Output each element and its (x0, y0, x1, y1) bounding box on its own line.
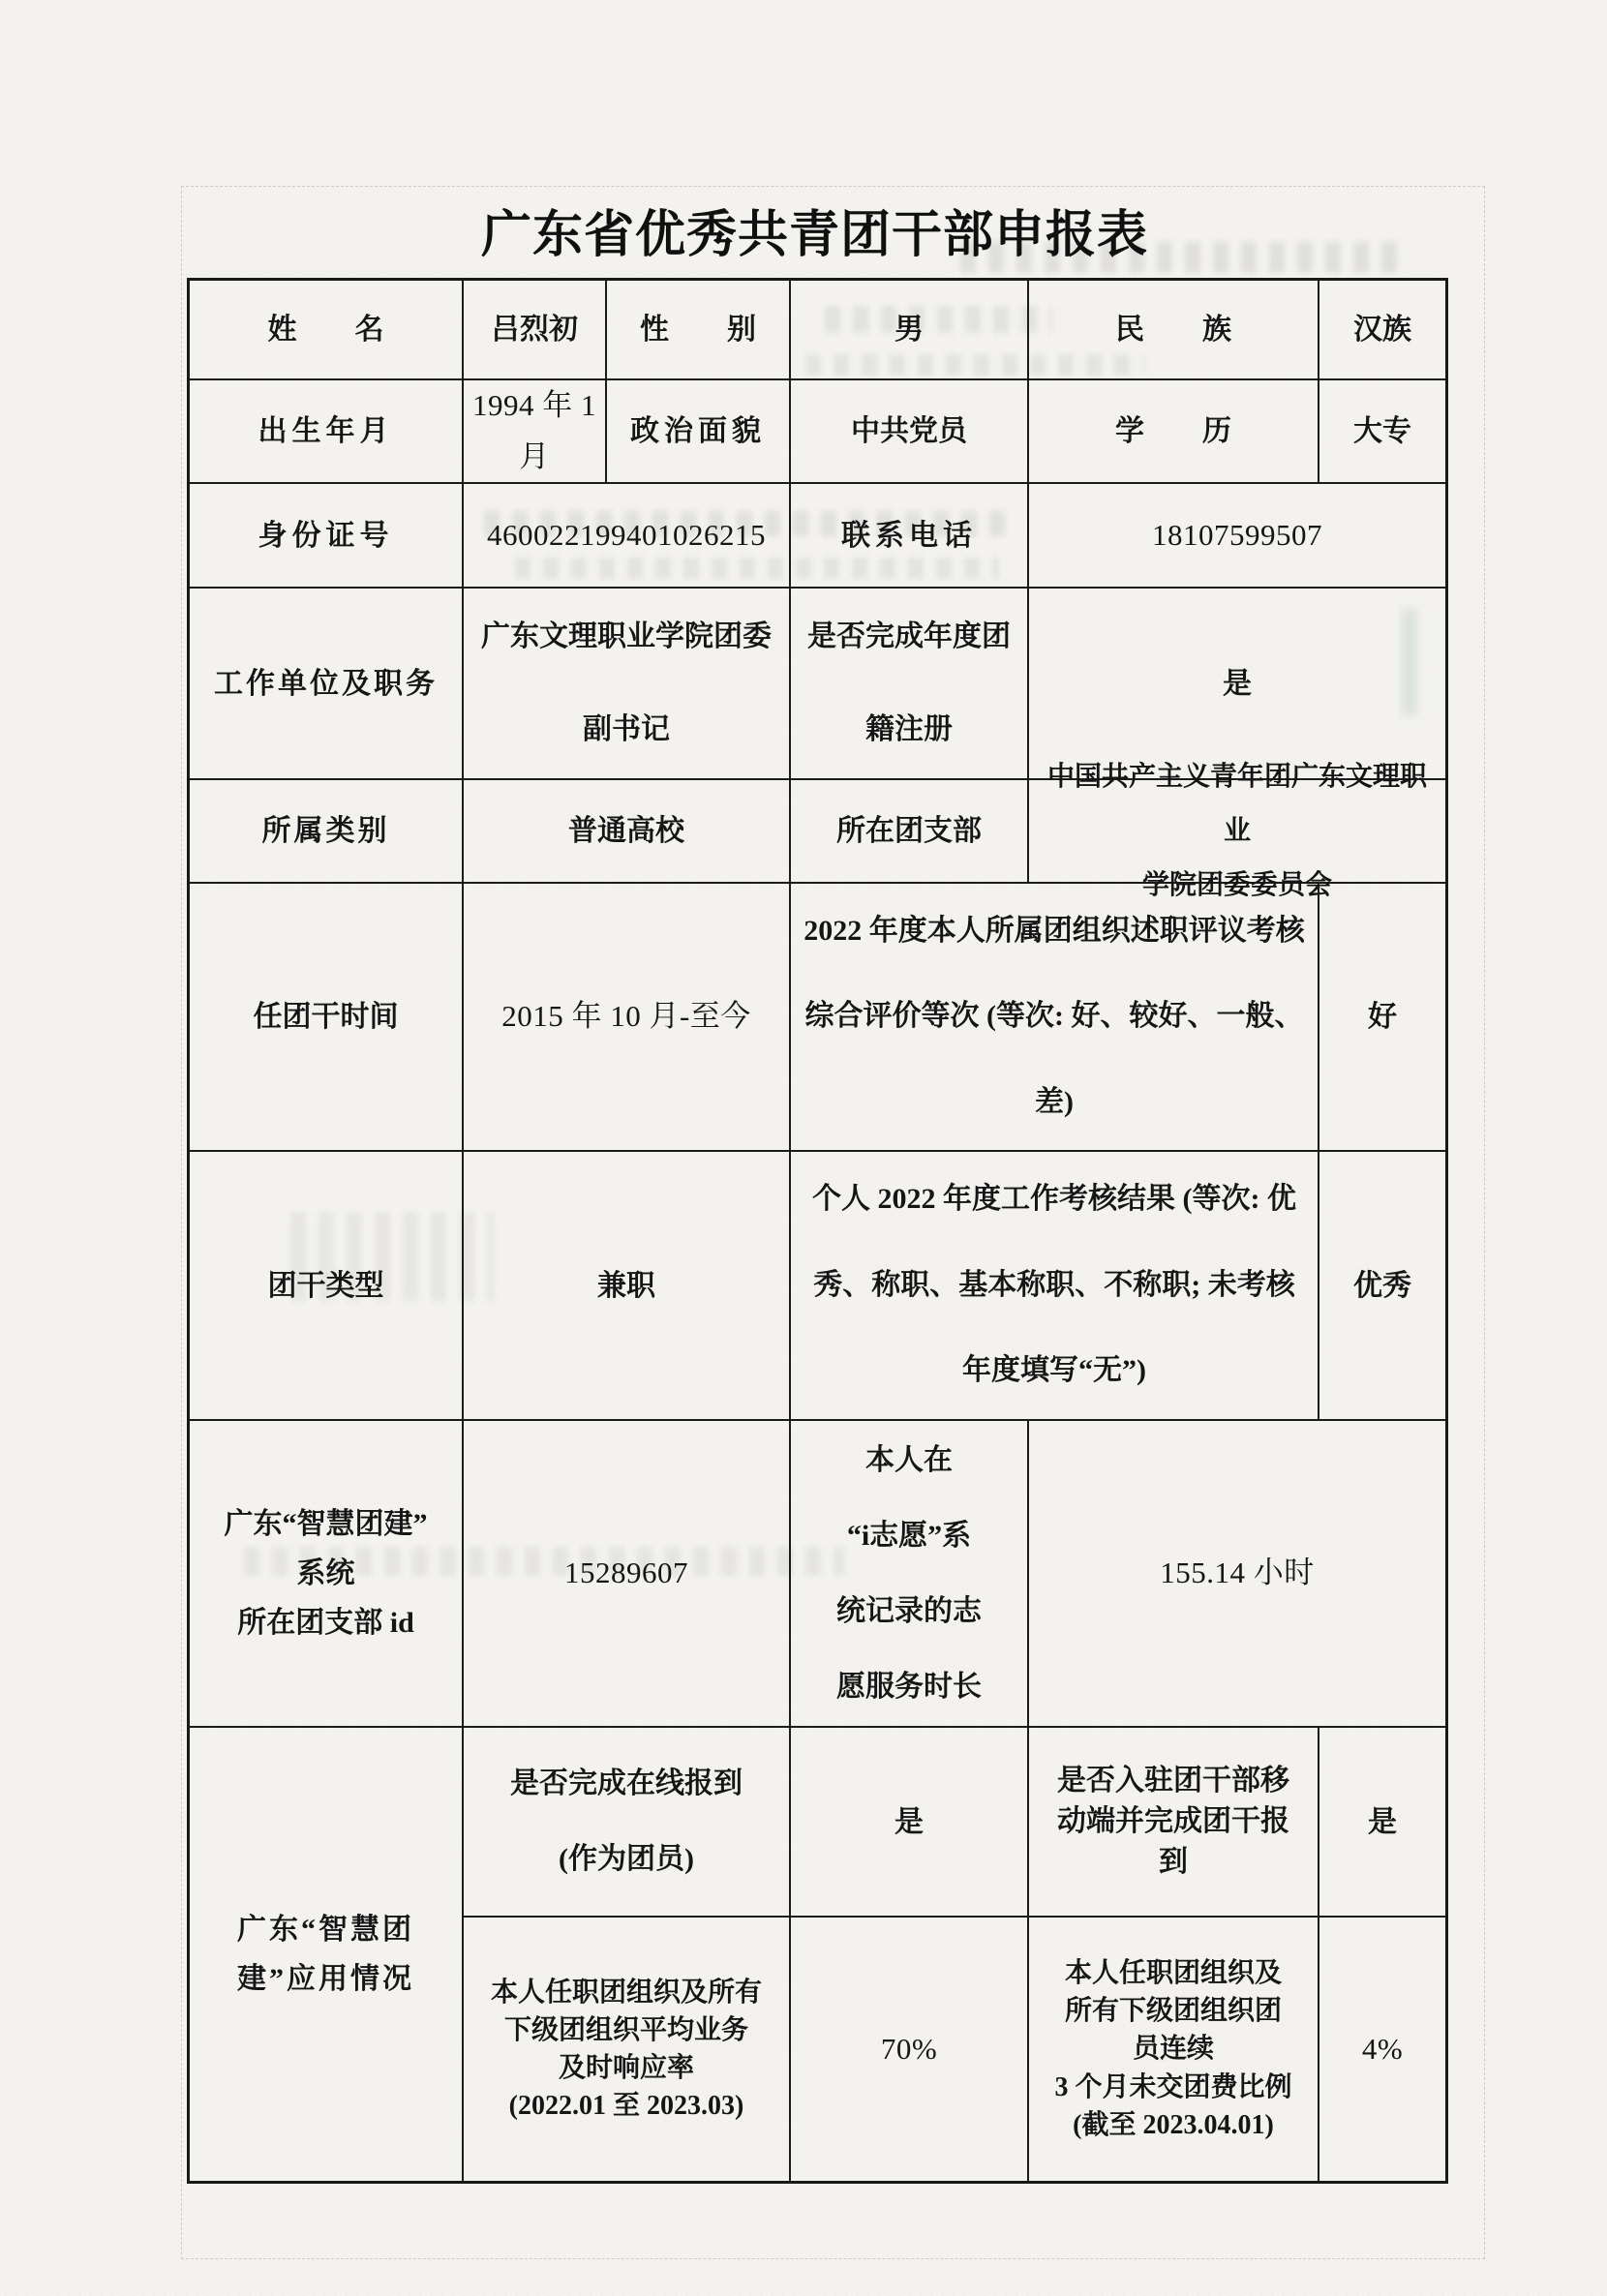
ethnicity-label: 民 族 (1029, 281, 1319, 380)
org-appraisal-value: 好 (1319, 884, 1445, 1152)
online-checkin-label: 是否完成在线报到 (作为团员) (464, 1728, 791, 1918)
category-label: 所属类别 (190, 780, 464, 884)
response-rate-value: 70% (791, 1918, 1029, 2181)
volunteer-hours-label: 本人在 “i志愿”系 统记录的志 愿服务时长 (791, 1421, 1029, 1728)
annual-register-label: 是否完成年度团 籍注册 (791, 589, 1029, 780)
birth-date-label: 出生年月 (190, 380, 464, 484)
cadre-type-value: 兼职 (464, 1152, 791, 1421)
ethnicity-value: 汉族 (1319, 281, 1445, 380)
league-branch-label: 所在团支部 (791, 780, 1029, 884)
phone-label: 联系电话 (791, 484, 1029, 589)
smart-league-system-label: 广东“智慧团建” 系统 所在团支部 id (190, 1421, 464, 1728)
gender-label: 性 别 (607, 281, 791, 380)
mobile-checkin-label: 是否入驻团干部移 动端并完成团干报 到 (1029, 1728, 1319, 1918)
tenure-label: 任团干时间 (190, 884, 464, 1152)
tenure-value: 2015 年 10 月-至今 (464, 884, 791, 1152)
category-value: 普通高校 (464, 780, 791, 884)
mobile-checkin-value: 是 (1319, 1728, 1445, 1918)
birth-date-value: 1994 年 1 月 (464, 380, 607, 484)
name-value: 吕烈初 (464, 281, 607, 380)
online-checkin-value: 是 (791, 1728, 1029, 1918)
id-number-label: 身份证号 (190, 484, 464, 589)
political-status-label: 政治面貌 (607, 380, 791, 484)
phone-value: 18107599507 (1029, 484, 1445, 589)
political-status-value: 中共党员 (791, 380, 1029, 484)
scanned-page: 广东省优秀共青团干部申报表 姓 名 吕烈初 性 别 男 民 族 汉族 出生年月 … (0, 0, 1607, 2296)
work-unit-value: 广东文理职业学院团委 副书记 (464, 589, 791, 780)
education-label: 学 历 (1029, 380, 1319, 484)
fee-overdue-value: 4% (1319, 1918, 1445, 2181)
work-assessment-value: 优秀 (1319, 1152, 1445, 1421)
cadre-type-label: 团干类型 (190, 1152, 464, 1421)
education-value: 大专 (1319, 380, 1445, 484)
page-title: 广东省优秀共青团干部申报表 (187, 194, 1442, 266)
application-form-table: 姓 名 吕烈初 性 别 男 民 族 汉族 出生年月 1994 年 1 月 政治面… (187, 278, 1448, 2184)
gender-value: 男 (791, 281, 1029, 380)
name-label: 姓 名 (190, 281, 464, 380)
org-appraisal-label: 2022 年度本人所属团组织述职评议考核 综合评价等次 (等次: 好、较好、一般… (791, 884, 1319, 1152)
fee-overdue-label: 本人任职团组织及 所有下级团组织团 员连续 3 个月未交团费比例 (截至 202… (1029, 1918, 1319, 2181)
work-unit-label: 工作单位及职务 (190, 589, 464, 780)
smart-league-usage-label: 广东“智慧团 建”应用情况 (190, 1728, 464, 2181)
volunteer-hours-value: 155.14 小时 (1029, 1421, 1445, 1728)
work-assessment-label: 个人 2022 年度工作考核结果 (等次: 优 秀、称职、基本称职、不称职; 未… (791, 1152, 1319, 1421)
league-branch-value: 中国共产主义青年团广东文理职业 学院团委委员会 (1029, 780, 1445, 884)
response-rate-label: 本人任职团组织及所有 下级团组织平均业务 及时响应率 (2022.01 至 20… (464, 1918, 791, 2181)
smart-league-system-value: 15289607 (464, 1421, 791, 1728)
id-number-value: 460022199401026215 (464, 484, 791, 589)
